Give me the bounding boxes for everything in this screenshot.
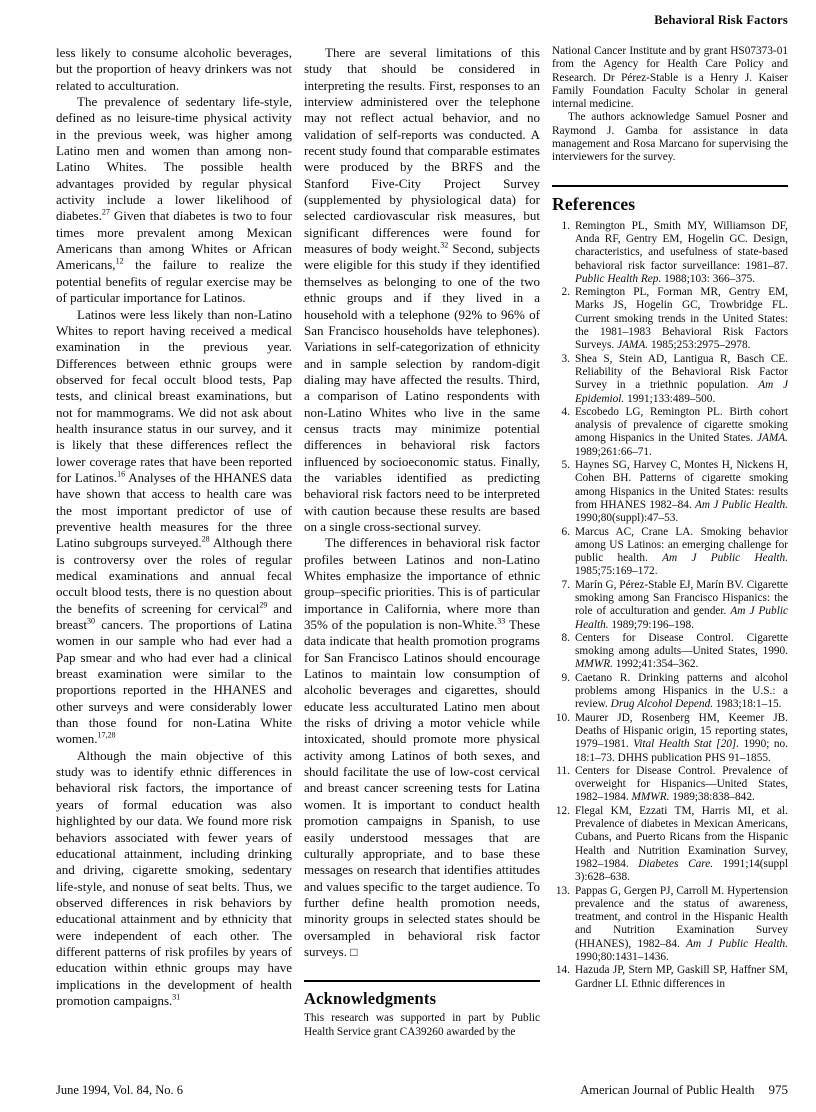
reference-item: 3.Shea S, Stein AD, Lantigua R, Basch CE… — [552, 353, 788, 406]
reference-item: 4.Escobedo LG, Remington PL. Birth cohor… — [552, 406, 788, 459]
reference-text: Hazuda JP, Stern MP, Gaskill SP, Haffner… — [575, 964, 788, 991]
paragraph: The differences in behavioral risk facto… — [304, 535, 540, 960]
reference-text: Marcus AC, Crane LA. Smoking behavior am… — [575, 526, 788, 579]
reference-item: 9.Caetano R. Drinking patterns and alcoh… — [552, 672, 788, 712]
acknowledgments-text: This research was supported in part by P… — [304, 1012, 540, 1039]
reference-number: 14. — [552, 964, 570, 991]
page-footer: June 1994, Vol. 84, No. 6 American Journ… — [56, 1082, 788, 1098]
reference-number: 9. — [552, 672, 570, 712]
reference-number: 12. — [552, 805, 570, 885]
reference-text: Centers for Disease Control. Cigarette s… — [575, 632, 788, 672]
reference-number: 2. — [552, 286, 570, 352]
reference-number: 4. — [552, 406, 570, 459]
paragraph: Latinos were less likely than non-Latino… — [56, 307, 292, 748]
reference-text: Marín G, Pérez-Stable EJ, Marín BV. Ciga… — [575, 579, 788, 632]
reference-item: 6.Marcus AC, Crane LA. Smoking behavior … — [552, 526, 788, 579]
reference-item: 13.Pappas G, Gergen PJ, Carroll M. Hyper… — [552, 885, 788, 965]
reference-text: Centers for Disease Control. Prevalence … — [575, 765, 788, 805]
reference-number: 7. — [552, 579, 570, 632]
column-middle: There are several limitations of this st… — [304, 45, 540, 1059]
footer-issue: June 1994, Vol. 84, No. 6 — [56, 1083, 183, 1098]
references-section: References 1.Remington PL, Smith MY, Wil… — [552, 185, 788, 991]
paragraph: There are several limitations of this st… — [304, 45, 540, 535]
acknowledgments-section: Acknowledgments This research was suppor… — [304, 980, 540, 1039]
reference-number: 11. — [552, 765, 570, 805]
reference-number: 5. — [552, 459, 570, 525]
acknowledgments-heading: Acknowledgments — [304, 989, 540, 1009]
paragraph: Although the main objective of this stud… — [56, 748, 292, 1010]
reference-item: 7.Marín G, Pérez-Stable EJ, Marín BV. Ci… — [552, 579, 788, 632]
footer-journal-block: American Journal of Public Health975 — [580, 1082, 788, 1098]
section-rule — [304, 980, 540, 982]
reference-item: 8.Centers for Disease Control. Cigarette… — [552, 632, 788, 672]
reference-item: 11.Centers for Disease Control. Prevalen… — [552, 765, 788, 805]
article-columns: less likely to consume alcoholic beverag… — [56, 45, 788, 1059]
reference-text: Shea S, Stein AD, Lantigua R, Basch CE. … — [575, 353, 788, 406]
reference-text: Caetano R. Drinking patterns and alcohol… — [575, 672, 788, 712]
reference-item: 10.Maurer JD, Rosenberg HM, Keemer JB. D… — [552, 712, 788, 765]
reference-number: 8. — [552, 632, 570, 672]
reference-text: Maurer JD, Rosenberg HM, Keemer JB. Deat… — [575, 712, 788, 765]
reference-text: Remington PL, Forman MR, Gentry EM, Mark… — [575, 286, 788, 352]
reference-list: 1.Remington PL, Smith MY, Williamson DF,… — [552, 220, 788, 991]
end-of-article-icon: □ — [350, 945, 357, 959]
reference-number: 3. — [552, 353, 570, 406]
column-left: less likely to consume alcoholic beverag… — [56, 45, 292, 1059]
journal-page: Behavioral Risk Factors less likely to c… — [0, 0, 816, 1112]
reference-text: Flegal KM, Ezzati TM, Harris MI, et al. … — [575, 805, 788, 885]
reference-item: 5.Haynes SG, Harvey C, Montes H, Nickens… — [552, 459, 788, 525]
acknowledgments-continuation: National Cancer Institute and by grant H… — [552, 45, 788, 111]
footer-journal: American Journal of Public Health — [580, 1083, 754, 1097]
references-heading: References — [552, 194, 788, 215]
reference-number: 1. — [552, 220, 570, 286]
reference-text: Remington PL, Smith MY, Williamson DF, A… — [575, 220, 788, 286]
section-rule — [552, 185, 788, 187]
reference-number: 10. — [552, 712, 570, 765]
reference-number: 6. — [552, 526, 570, 579]
running-head: Behavioral Risk Factors — [654, 13, 788, 28]
page-number: 975 — [769, 1082, 789, 1097]
reference-item: 2.Remington PL, Forman MR, Gentry EM, Ma… — [552, 286, 788, 352]
running-head-text: Behavioral Risk Factors — [654, 13, 788, 27]
reference-number: 13. — [552, 885, 570, 965]
paragraph: The prevalence of sedentary life-style, … — [56, 94, 292, 306]
reference-item: 12.Flegal KM, Ezzati TM, Harris MI, et a… — [552, 805, 788, 885]
reference-text: Escobedo LG, Remington PL. Birth cohort … — [575, 406, 788, 459]
paragraph: less likely to consume alcoholic beverag… — [56, 45, 292, 94]
reference-text: Haynes SG, Harvey C, Montes H, Nickens H… — [575, 459, 788, 525]
acknowledgments-thanks: The authors acknowledge Samuel Posner an… — [552, 111, 788, 164]
reference-item: 14.Hazuda JP, Stern MP, Gaskill SP, Haff… — [552, 964, 788, 991]
reference-text: Pappas G, Gergen PJ, Carroll M. Hyperten… — [575, 885, 788, 965]
reference-item: 1.Remington PL, Smith MY, Williamson DF,… — [552, 220, 788, 286]
column-right: National Cancer Institute and by grant H… — [552, 45, 788, 1059]
